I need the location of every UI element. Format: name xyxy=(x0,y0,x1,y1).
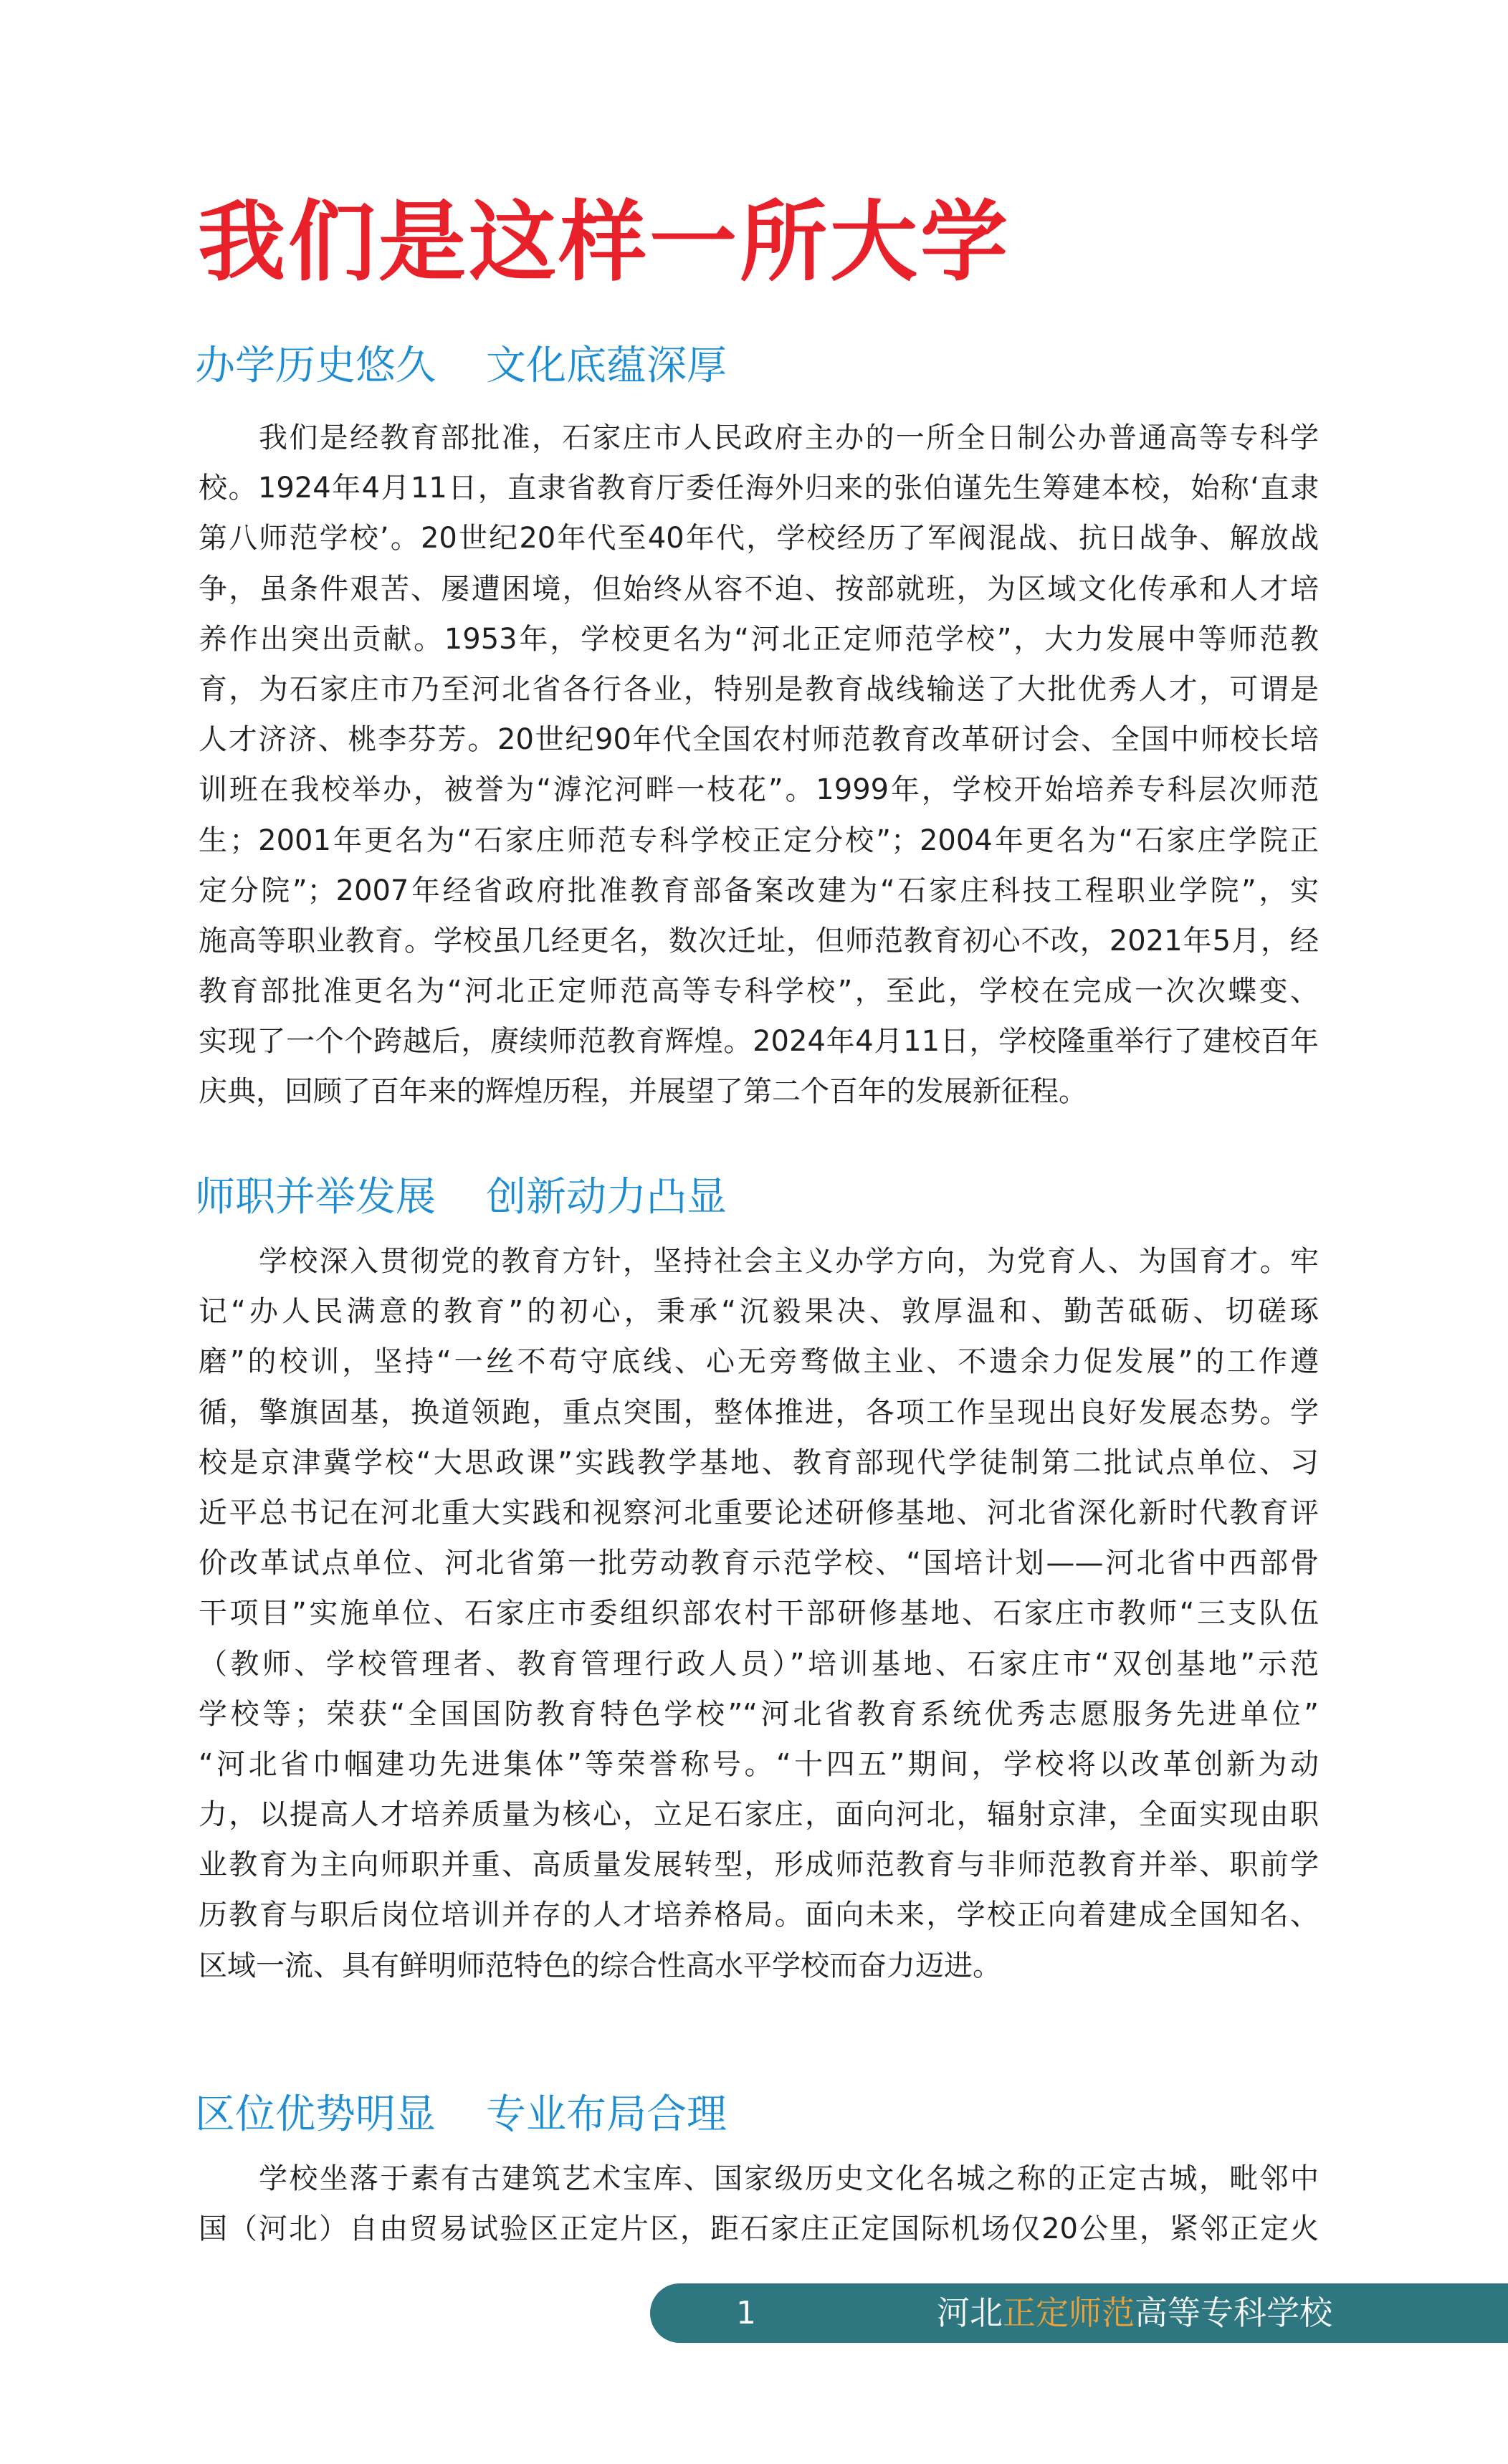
body-line: 磨”的校训，坚持“一丝不苟守底线、心无旁骛做主业、不遗余力促发展”的工作遵 xyxy=(199,1337,1319,1387)
body-line: 教育部批准更名为“河北正定师范高等专科学校”，至此，学校在完成一次次蝶变、 xyxy=(199,966,1319,1016)
body-line: 记“办人民满意的教育”的初心，秉承“沉毅果决、敦厚温和、勤苦砥砺、切磋琢 xyxy=(199,1286,1319,1337)
section-heading-part-b: 创新动力凸显 xyxy=(486,1174,727,1221)
body-line: 施高等职业教育。学校虽几经更名，数次迁址，但师范教育初心不改，2021年5月，经 xyxy=(199,916,1319,966)
body-line: 校是京津冀学校“大思政课”实践教学基地、教育部现代学徒制第二批试点单位、习 xyxy=(199,1438,1319,1488)
body-line: 庆典，回顾了百年来的辉煌历程，并展望了第二个百年的发展新征程。 xyxy=(199,1066,1319,1117)
section-heading-part-a: 区位优势明显 xyxy=(195,2091,436,2138)
footer-brand-suffix: 高等专科学校 xyxy=(1135,2293,1332,2332)
body-line: 力，以提高人才培养质量为核心，立足石家庄，面向河北，辐射京津，全面实现由职 xyxy=(199,1790,1319,1840)
body-line: 人才济济、桃李芬芳。20世纪90年代全国农村师范教育改革研讨会、全国中师校长培 xyxy=(199,715,1319,765)
body-line: 训班在我校举办，被誉为“滹沱河畔一枝花”。1999年，学校开始培养专科层次师范 xyxy=(199,765,1319,815)
body-line: 争，虽条件艰苦、屡遭困境，但始终从容不迫、按部就班，为区域文化传承和人才培 xyxy=(199,564,1319,614)
section-heading-location: 区位优势明显专业布局合理 xyxy=(195,2091,727,2139)
footer-brand-accent: 正定师范 xyxy=(1003,2293,1135,2332)
body-line: 养作出突出贡献。1953年，学校更名为“河北正定师范学校”，大力发展中等师范教 xyxy=(199,614,1319,664)
body-line: 区域一流、具有鲜明师范特色的综合性高水平学校而奋力迈进。 xyxy=(199,1941,1319,1991)
body-line: 循，擎旗固基，换道领跑，重点突围，整体推进，各项工作呈现出良好发展态势。学 xyxy=(199,1388,1319,1438)
section-heading-part-b: 专业布局合理 xyxy=(486,2091,727,2138)
body-line: （教师、学校管理者、教育管理行政人员）”培训基地、石家庄市“双创基地”示范 xyxy=(199,1639,1319,1689)
body-line: 实现了一个个跨越后，赓续师范教育辉煌。2024年4月11日，学校隆重举行了建校百… xyxy=(199,1016,1319,1066)
footer-bar: 1 河北正定师范高等专科学校 xyxy=(650,2283,1508,2343)
body-line: 价改革试点单位、河北省第一批劳动教育示范学校、“国培计划——河北省中西部骨 xyxy=(199,1538,1319,1588)
body-line: 育，为石家庄市乃至河北省各行各业，特别是教育战线输送了大批优秀人才，可谓是 xyxy=(199,664,1319,715)
body-line: 我们是经教育部批准，石家庄市人民政府主办的一所全日制公办普通高等专科学 xyxy=(199,413,1319,463)
section-heading-history: 办学历史悠久文化底蕴深厚 xyxy=(195,343,727,390)
body-line: 干项目”实施单位、石家庄市委组织部农村干部研修基地、石家庄市教师“三支队伍 xyxy=(199,1588,1319,1638)
body-line: 学校等；荣获“全国国防教育特色学校”“河北省教育系统优秀志愿服务先进单位” xyxy=(199,1689,1319,1739)
section-heading-part-a: 办学历史悠久 xyxy=(195,343,436,389)
body-line: 历教育与职后岗位培训并存的人才培养格局。面向未来，学校正向着建成全国知名、 xyxy=(199,1890,1319,1940)
section-heading-part-a: 师职并举发展 xyxy=(195,1174,436,1221)
body-line: 定分院”；2007年经省政府批准教育部备案改建为“石家庄科技工程职业学院”，实 xyxy=(199,866,1319,916)
section-heading-development: 师职并举发展创新动力凸显 xyxy=(195,1174,727,1221)
body-line: 校。1924年4月11日，直隶省教育厅委任海外归来的张伯谨先生筹建本校，始称‘直… xyxy=(199,463,1319,513)
page-number: 1 xyxy=(736,2283,756,2343)
section-heading-part-b: 文化底蕴深厚 xyxy=(486,343,727,389)
section-body-development: 学校深入贯彻党的教育方针，坚持社会主义办学方向，为党育人、为国育才。牢 记“办人… xyxy=(199,1236,1319,1991)
section-body-location: 学校坐落于素有古建筑艺术宝库、国家级历史文化名城之称的正定古城，毗邻中 国（河北… xyxy=(199,2154,1319,2254)
footer-school-name: 河北正定师范高等专科学校 xyxy=(937,2283,1332,2343)
body-line: “河北省巾帼建功先进集体”等荣誉称号。“十四五”期间，学校将以改革创新为动 xyxy=(199,1739,1319,1790)
body-line: 第八师范学校’。20世纪20年代至40年代，学校经历了军阀混战、抗日战争、解放战 xyxy=(199,513,1319,563)
body-line: 业教育为主向师职并重、高质量发展转型，形成师范教育与非师范教育并举、职前学 xyxy=(199,1840,1319,1890)
section-body-history: 我们是经教育部批准，石家庄市人民政府主办的一所全日制公办普通高等专科学 校。19… xyxy=(199,413,1319,1117)
body-line: 近平总书记在河北重大实践和视察河北重要论述研修基地、河北省深化新时代教育评 xyxy=(199,1488,1319,1538)
footer-brand-prefix: 河北 xyxy=(937,2293,1003,2332)
body-line: 国（河北）自由贸易试验区正定片区，距石家庄正定国际机场仅20公里，紧邻正定火 xyxy=(199,2204,1319,2254)
page-title: 我们是这样一所大学 xyxy=(198,192,1011,292)
body-line: 学校深入贯彻党的教育方针，坚持社会主义办学方向，为党育人、为国育才。牢 xyxy=(199,1236,1319,1286)
body-line: 生；2001年更名为“石家庄师范专科学校正定分校”；2004年更名为“石家庄学院… xyxy=(199,816,1319,866)
body-line: 学校坐落于素有古建筑艺术宝库、国家级历史文化名城之称的正定古城，毗邻中 xyxy=(199,2154,1319,2204)
